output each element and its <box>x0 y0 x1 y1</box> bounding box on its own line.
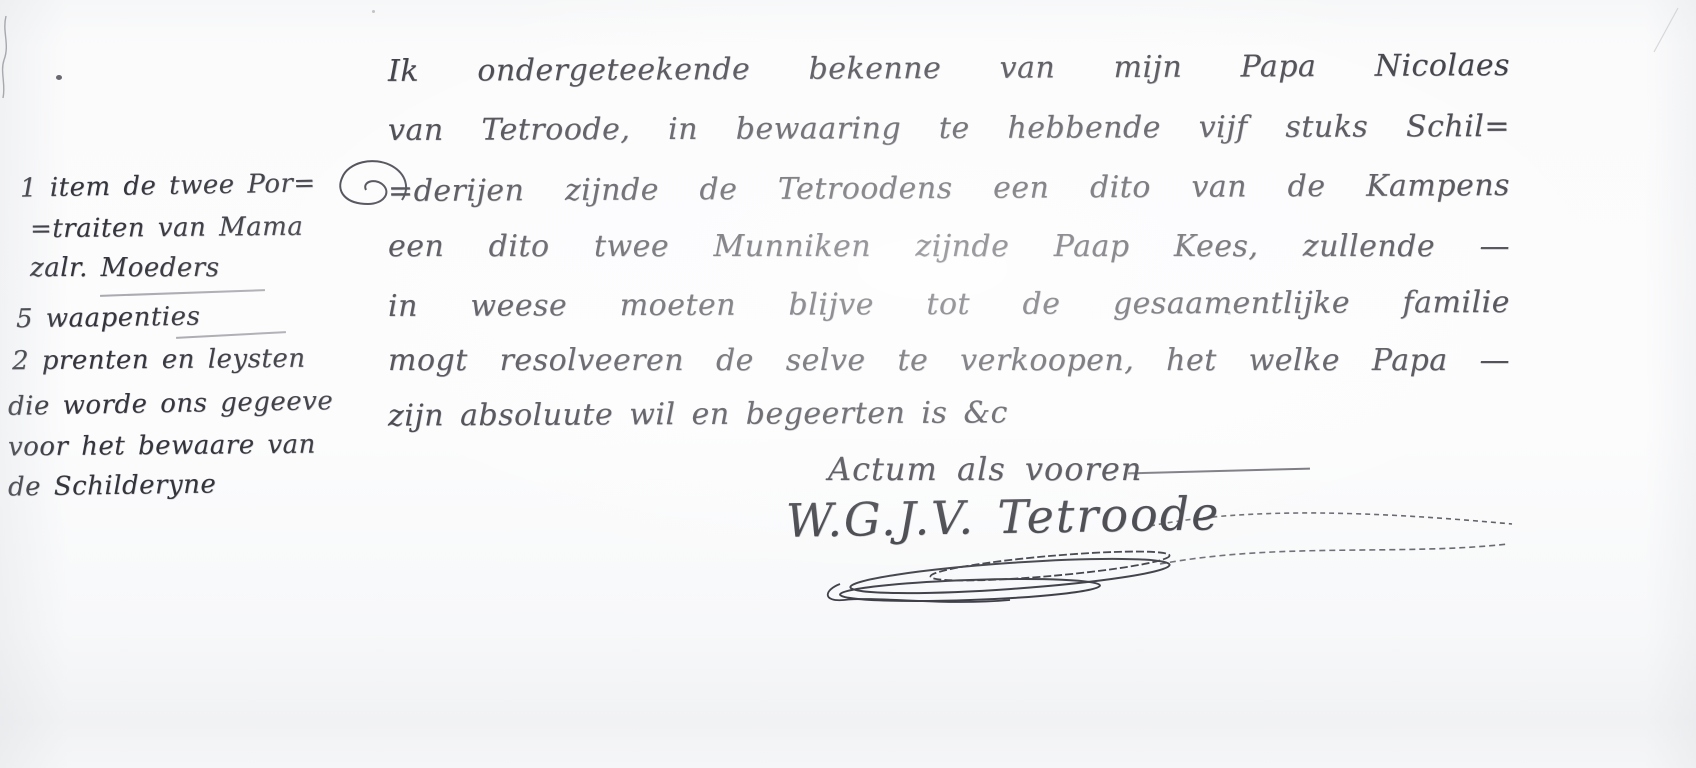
paper-crease-icon <box>1648 6 1688 56</box>
pen-stroke <box>100 289 265 297</box>
dust-speck <box>372 10 375 13</box>
margin-note-line: 2 prenten en leysten <box>12 345 306 376</box>
body-line: =derijen zijnde de Tetroodens een dito v… <box>388 169 1510 208</box>
body-line: in weese moeten blijve tot de gesaamentl… <box>388 286 1510 323</box>
closing-line: Actum als vooren <box>828 450 1142 488</box>
margin-note-line: 1 item de twee Por= <box>20 169 316 203</box>
scanned-document: 1 item de twee Por= =traiten van Mama za… <box>0 0 1696 768</box>
margin-note-line: de Schilderyne <box>8 471 217 502</box>
margin-note-line: die worde ons gegeeve <box>8 387 334 421</box>
body-line: Ik ondergeteekende bekenne van mijn Papa… <box>388 49 1510 88</box>
margin-note-line: 5 waapenties <box>16 303 201 334</box>
margin-note-line: voor het bewaare van <box>8 431 316 462</box>
body-line: een dito twee Munniken zijnde Paap Kees,… <box>388 230 1510 263</box>
signature-flourish-icon <box>820 498 1520 618</box>
margin-note-line: =traiten van Mama <box>30 213 304 244</box>
closing-dash <box>1128 468 1310 475</box>
scan-edge-artifact-icon <box>0 12 20 102</box>
pen-stroke <box>176 331 286 339</box>
body-line: zijn absoluute wil en begeerten is &c <box>388 396 1008 432</box>
body-line: mogt resolveeren de selve te verkoopen, … <box>388 344 1510 377</box>
margin-note-line: zalr. Moeders <box>30 254 220 283</box>
dust-speck <box>56 75 62 80</box>
body-line: van Tetroode, in bewaaring te hebbende v… <box>388 110 1510 147</box>
